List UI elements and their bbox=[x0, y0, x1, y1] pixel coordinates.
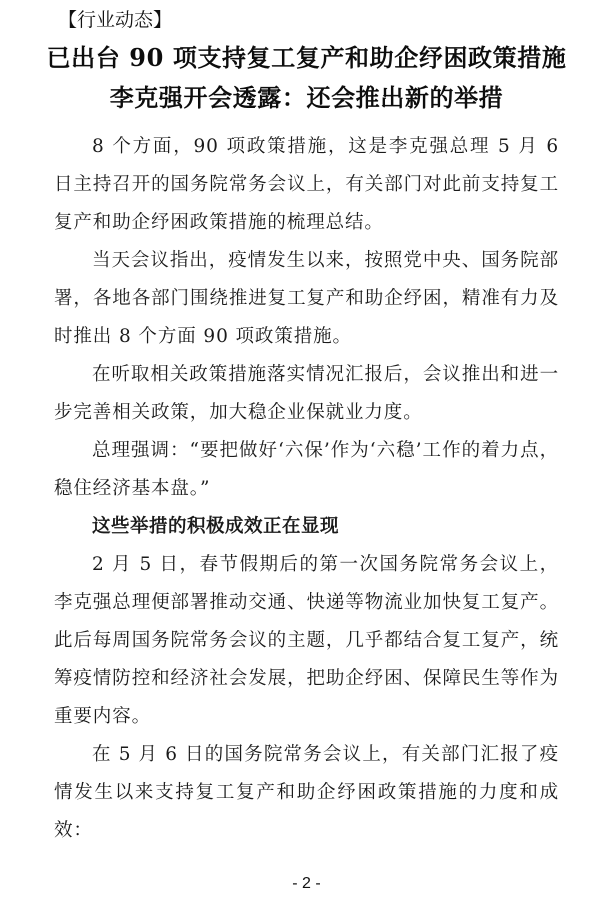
page-number: - 2 - bbox=[0, 874, 613, 894]
paragraph: 在 5 月 6 日的国务院常务会议上，有关部门汇报了疫情发生以来支持复工复产和助… bbox=[54, 736, 559, 850]
paragraph: 在听取相关政策措施落实情况汇报后，会议推出和进一步完善相关政策，加大稳企业保就业… bbox=[54, 356, 559, 432]
document-page: 【行业动态】 已出台 90 项支持复工复产和助企纾困政策措施 李克强开会透露：还… bbox=[0, 0, 613, 908]
paragraph: 当天会议指出，疫情发生以来，按照党中央、国务院部署，各地各部门围绕推进复工复产和… bbox=[54, 242, 559, 356]
section-subheading: 这些举措的积极成效正在显现 bbox=[54, 508, 559, 546]
headline-line-1: 已出台 90 项支持复工复产和助企纾困政策措施 bbox=[0, 42, 613, 74]
headline-line-2: 李克强开会透露：还会推出新的举措 bbox=[0, 82, 613, 114]
section-tag: 【行业动态】 bbox=[58, 7, 172, 33]
paragraph: 2 月 5 日，春节假期后的第一次国务院常务会议上，李克强总理便部署推动交通、快… bbox=[54, 546, 559, 736]
paragraph: 总理强调：“要把做好‘六保’作为‘六稳’工作的着力点，稳住经济基本盘。” bbox=[54, 432, 559, 508]
article-body: 8 个方面，90 项政策措施，这是李克强总理 5 月 6 日主持召开的国务院常务… bbox=[54, 128, 559, 850]
paragraph: 8 个方面，90 项政策措施，这是李克强总理 5 月 6 日主持召开的国务院常务… bbox=[54, 128, 559, 242]
